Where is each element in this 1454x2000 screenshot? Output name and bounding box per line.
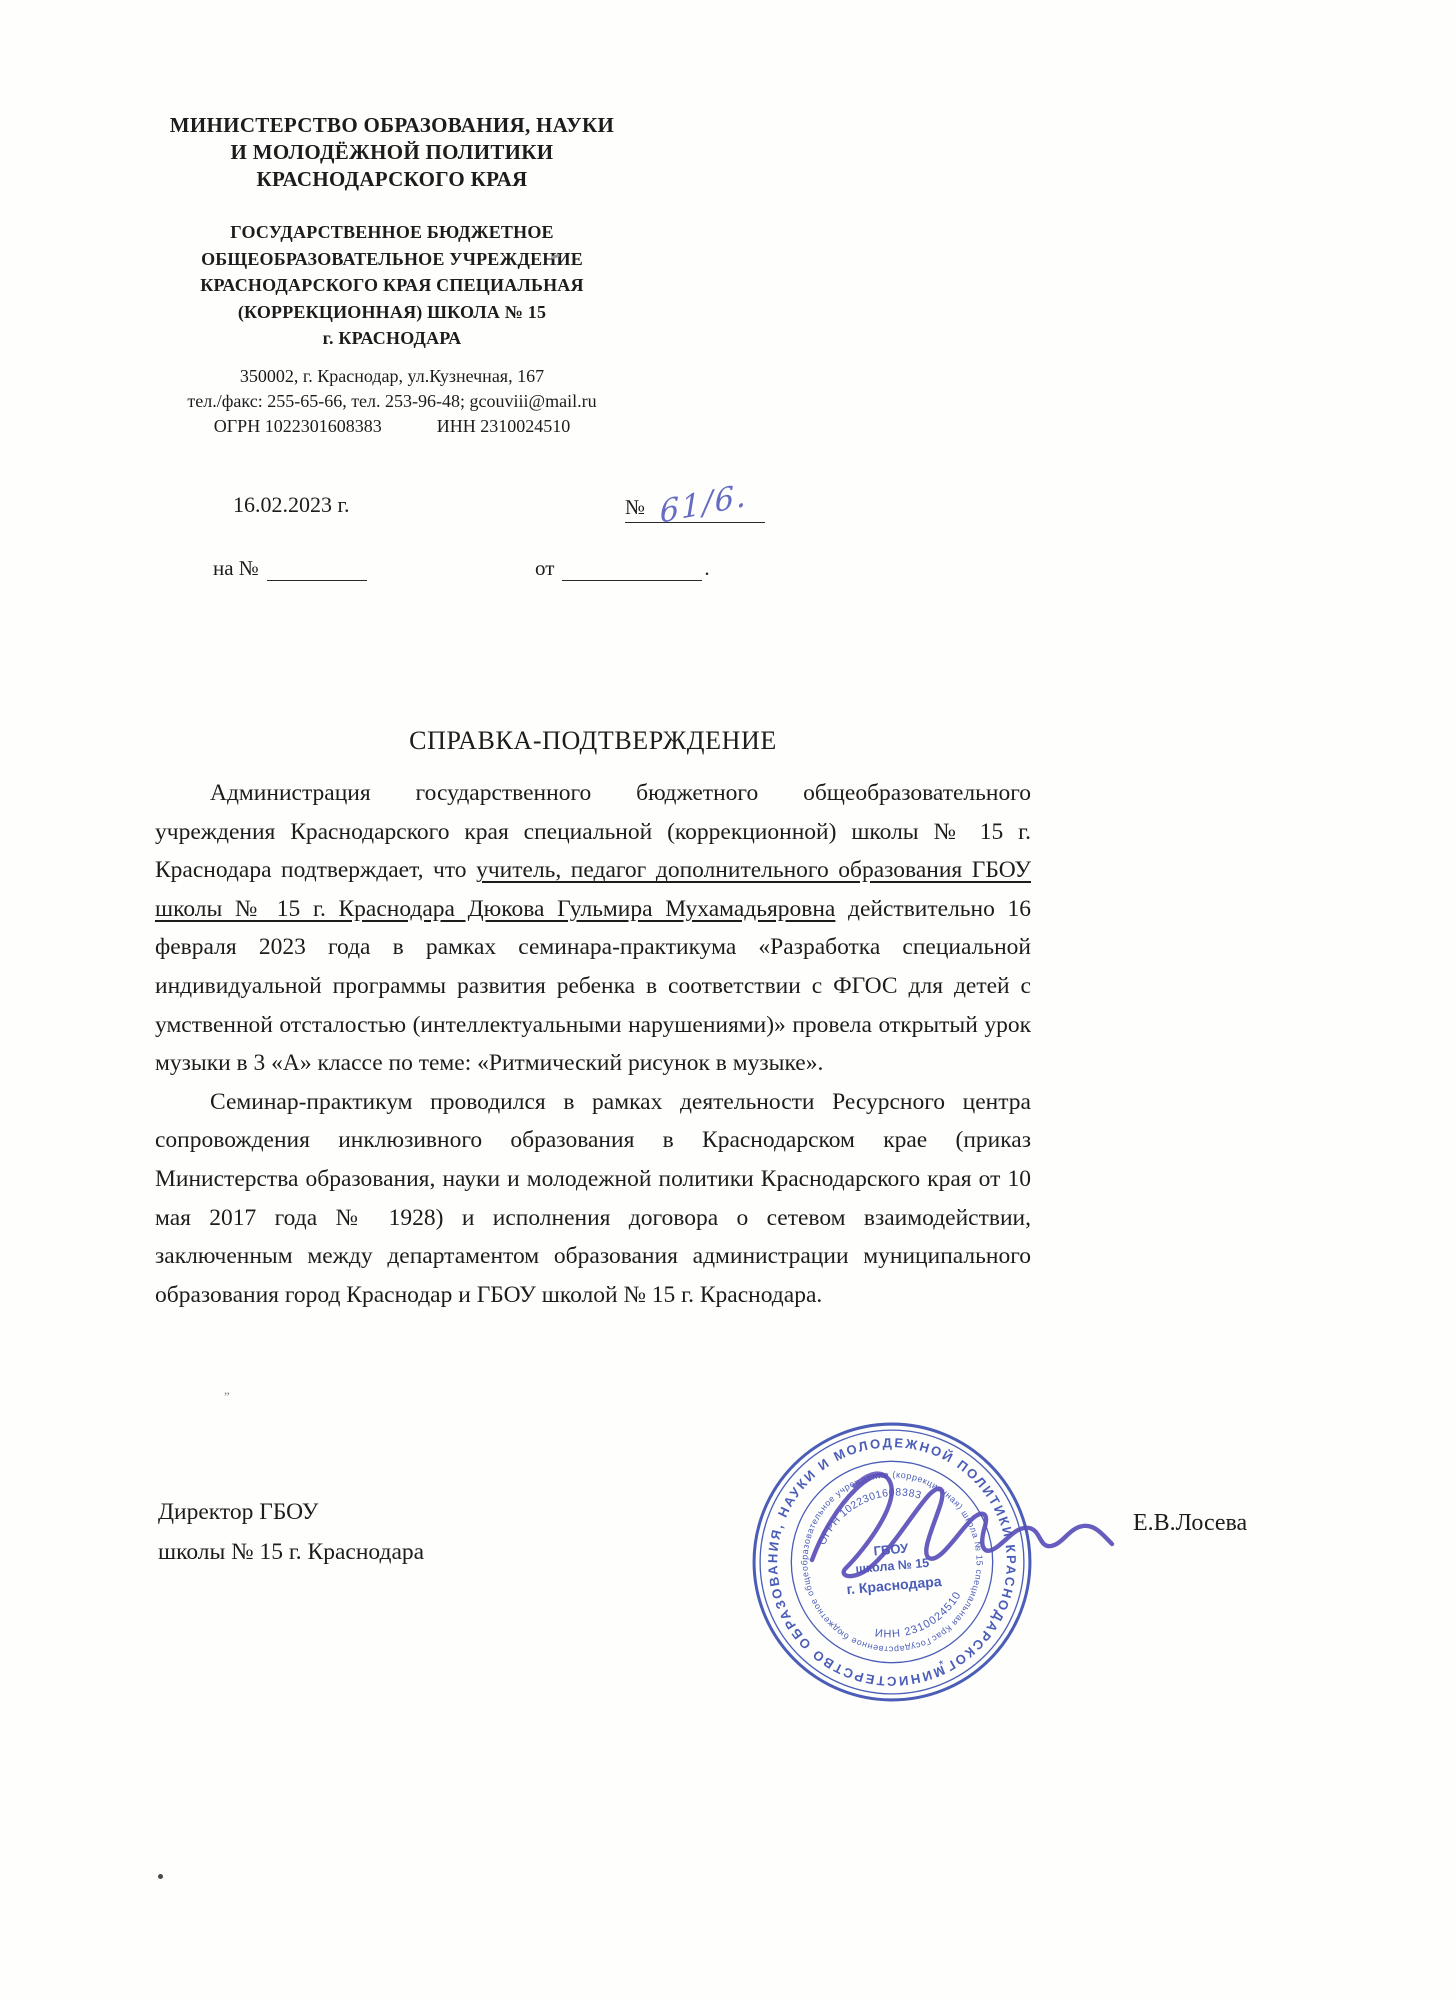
ministry-name: МИНИСТЕРСТВО ОБРАЗОВАНИЯ, НАУКИ И МОЛОДЁ… — [118, 112, 666, 193]
handwritten-signature — [792, 1442, 1122, 1612]
ministry-line-1: МИНИСТЕРСТВО ОБРАЗОВАНИЯ, НАУКИ — [118, 112, 666, 139]
ministry-line-3: КРАСНОДАРСКОГО КРАЯ — [118, 166, 666, 193]
institution-name: ГОСУДАРСТВЕННОЕ БЮДЖЕТНОЕ ОБЩЕОБРАЗОВАТЕ… — [118, 219, 666, 352]
scanned-page: МИНИСТЕРСТВО ОБРАЗОВАНИЯ, НАУКИ И МОЛОДЁ… — [0, 0, 1454, 2000]
reply-to-number-field: на № — [213, 556, 369, 581]
document-number-field: № 61/6. — [625, 482, 765, 523]
postal-address: 350002, г. Краснодар, ул.Кузнечная, 167 — [118, 364, 666, 389]
paragraph-1: Администрация государственного бюджетног… — [155, 774, 1031, 1083]
institution-line-5: г. КРАСНОДАРА — [118, 325, 666, 352]
scan-artifact: „ — [224, 1382, 231, 1391]
blank-underline — [562, 556, 702, 581]
handwritten-document-number: 61/6. — [660, 477, 748, 531]
institution-line-1: ГОСУДАРСТВЕННОЕ БЮДЖЕТНОЕ — [118, 219, 666, 246]
period-mark: . — [704, 556, 709, 580]
institution-line-2: ОБЩЕОБРАЗОВАТЕЛЬНОЕ УЧРЕЖДЕНИЕ — [118, 246, 666, 273]
institution-line-3: КРАСНОДАРСКОГО КРАЯ СПЕЦИАЛЬНАЯ — [118, 272, 666, 299]
contact-block: 350002, г. Краснодар, ул.Кузнечная, 167 … — [118, 364, 666, 439]
ministry-line-2: И МОЛОДЁЖНОЙ ПОЛИТИКИ — [118, 139, 666, 166]
reply-to-label: на № — [213, 556, 259, 580]
blank-underline — [267, 556, 367, 581]
document-body: Администрация государственного бюджетног… — [155, 774, 1031, 1314]
registration-numbers: ОГРН 1022301608383 ИНН 2310024510 — [118, 414, 666, 439]
phone-email-line: тел./факс: 255-65-66, тел. 253-96-48; gc… — [118, 389, 666, 414]
paragraph-1-end: действительно 16 февраля 2023 года в рам… — [155, 896, 1031, 1076]
signer-position: Директор ГБОУ школы № 15 г. Краснодара — [158, 1492, 424, 1572]
document-date: 16.02.2023 г. — [233, 492, 350, 518]
from-label: от — [535, 556, 554, 580]
paragraph-2: Семинар-практикум проводился в рамках де… — [155, 1083, 1031, 1315]
signer-name: Е.В.Лосева — [1133, 1510, 1247, 1537]
ogrn-number: ОГРН 1022301608383 — [214, 414, 382, 439]
document-title: СПРАВКА-ПОДТВЕРЖДЕНИЕ — [155, 726, 1031, 756]
institution-line-4: (КОРРЕКЦИОННАЯ) ШКОЛА № 15 — [118, 299, 666, 326]
signer-position-line-1: Директор ГБОУ — [158, 1492, 424, 1532]
letterhead: МИНИСТЕРСТВО ОБРАЗОВАНИЯ, НАУКИ И МОЛОДЁ… — [118, 112, 666, 439]
scan-artifact — [158, 1874, 163, 1879]
reply-from-field: от. — [535, 556, 710, 581]
number-sign-label: № — [625, 495, 645, 520]
signer-position-line-2: школы № 15 г. Краснодара — [158, 1532, 424, 1572]
inn-number: ИНН 2310024510 — [437, 414, 571, 439]
